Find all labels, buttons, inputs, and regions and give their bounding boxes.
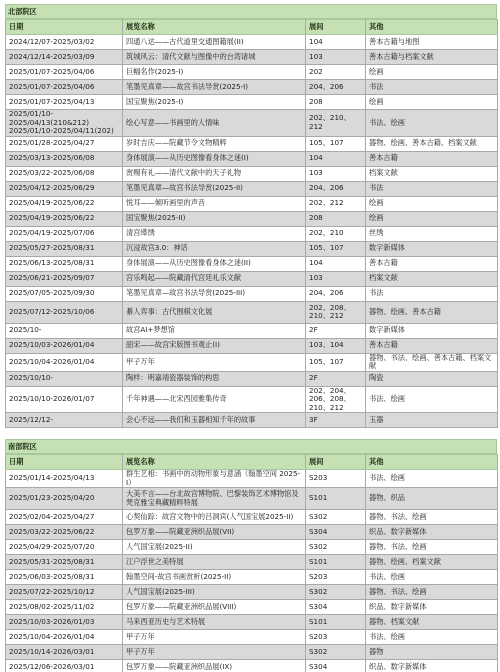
cell-room: 103: [306, 50, 366, 65]
cell-date: 2025/01/28-2025/04/27: [6, 136, 123, 151]
cell-room: S203: [306, 470, 366, 488]
cell-room: 202、210、212: [306, 110, 366, 137]
cell-exhibition-name: 筑城风云：清代文献与图像中的台湾诸城: [123, 50, 306, 65]
cell-date: 2025/03/22-2025/06/22: [6, 525, 123, 540]
cell-room: S302: [306, 645, 366, 660]
cell-date: 2025/10/10-: [6, 371, 123, 386]
cell-date: 2025/12/12-: [6, 413, 123, 428]
cell-exhibition-name: 笔墨见真章——故宫书法导赏(2025-I): [123, 80, 306, 95]
cell-date: 2024/12/14-2025/03/09: [6, 50, 123, 65]
cell-other: 绘画: [366, 95, 498, 110]
table-row: 2025/04/29-2025/07/20人气国宝展(2025-II)S302器…: [6, 540, 498, 555]
cell-other: 绘画: [366, 211, 498, 226]
cell-date: 2025/01/07-2025/04/06: [6, 65, 123, 80]
cell-other: 器物、绘画、档案文献: [366, 555, 498, 570]
cell-room: 202、210: [306, 226, 366, 241]
cell-exhibition-name: 马来西亚历史与艺术特展: [123, 615, 306, 630]
cell-room: 204、206: [306, 181, 366, 196]
cell-date: 2025/04/29-2025/07/20: [6, 540, 123, 555]
cell-exhibition-name: 江户浮世之美特展: [123, 555, 306, 570]
cell-room: 2F: [306, 371, 366, 386]
cell-room: 204、206: [306, 80, 366, 95]
cell-date: 2025/10/14-2026/03/01: [6, 645, 123, 660]
cell-room: 202、204、206、208、210、212: [306, 386, 366, 413]
table-row: 2025/01/10-2025/04/13(210&212)2025/01/10…: [6, 110, 498, 137]
cell-exhibition-name: 沉浸故宫3.0：神话: [123, 241, 306, 256]
cell-room: 105、107: [306, 241, 366, 256]
table-row: 2025/03/22-2025/06/22包罗万象——院藏亚洲织品展(VII)S…: [6, 525, 498, 540]
header-exhibition-name: 展览名称: [123, 455, 306, 470]
table-row: 2025/08/02-2025/11/02包罗万象——院藏亚洲织品展(VIII)…: [6, 600, 498, 615]
north-campus-section: 北部院区 日期 展览名称 展间 其他 2024/12/07-2025/03/02…: [5, 4, 497, 428]
table-row: 2025/01/14-2025/04/13群生艺相：书画中的动物形象与意涵（翰墨…: [6, 470, 498, 488]
cell-exhibition-name: 悦耳——倾听画里的声音: [123, 196, 306, 211]
table-row: 2024/12/07-2025/03/02四通八达——古代道里交通图籍展(II)…: [6, 35, 498, 50]
cell-date: 2025/12/06-2026/03/01: [6, 660, 123, 672]
table-row: 2025/10/14-2026/03/01甲子万年S302器物: [6, 645, 498, 660]
cell-room: S302: [306, 585, 366, 600]
cell-other: 器物、书法、绘画: [366, 510, 498, 525]
table-row: 2025/04/19-2025/07/06清宫缂绣202、210丝绣: [6, 226, 498, 241]
table-row: 2025/10/03-2026/01/04皕宋——故宫宋版图书观止(I)103、…: [6, 338, 498, 353]
cell-room: S302: [306, 510, 366, 525]
cell-room: 202: [306, 65, 366, 80]
section-title-south: 南部院区: [5, 439, 497, 454]
cell-exhibition-name: 甲子万年: [123, 630, 306, 645]
table-row: 2025/04/12-2025/06/29笔墨见真章—故宫书法导赏(2025-I…: [6, 181, 498, 196]
cell-room: 103: [306, 166, 366, 181]
cell-date: 2025/04/19-2025/06/22: [6, 196, 123, 211]
cell-room: 103、104: [306, 338, 366, 353]
cell-room: 105、107: [306, 353, 366, 371]
cell-other: 善本古籍: [366, 256, 498, 271]
table-row: 2025/06/21-2025/09/07宫乐鸣起——院藏清代宫廷礼乐文献103…: [6, 271, 498, 286]
cell-date: 2025/05/27-2025/08/31: [6, 241, 123, 256]
cell-other: 档案文献: [366, 271, 498, 286]
cell-exhibition-name: 群生艺相：书画中的动物形象与意涵（翰墨空间 2025-I）: [123, 470, 306, 488]
table-row: 2025/10/10-2026/01/07千年神遇——北宋西园雅集传奇202、2…: [6, 386, 498, 413]
table-row: 2025/04/19-2025/06/22悦耳——倾听画里的声音202、212绘…: [6, 196, 498, 211]
cell-date: 2025/07/05-2025/09/30: [6, 286, 123, 301]
cell-other: 织品、数字新媒体: [366, 525, 498, 540]
cell-date: 2025/08/02-2025/11/02: [6, 600, 123, 615]
table-row: 2025/07/22-2025/10/12人气国宝展(2025-III)S302…: [6, 585, 498, 600]
cell-other: 善本古籍: [366, 338, 498, 353]
cell-other: 器物、绘画、善本古籍、档案文献: [366, 136, 498, 151]
table-row: 2025/01/07-2025/04/06巨幅名作(2025-I)202绘画: [6, 65, 498, 80]
cell-other: 陶瓷: [366, 371, 498, 386]
cell-room: 2F: [306, 323, 366, 338]
cell-other: 书法、绘画: [366, 470, 498, 488]
cell-date: 2025/10/04-2026/01/04: [6, 630, 123, 645]
cell-exhibition-name: 国宝聚焦(2025-I): [123, 95, 306, 110]
table-header-row: 日期 展览名称 展间 其他: [6, 20, 498, 35]
cell-other: 书法、绘画: [366, 386, 498, 413]
cell-exhibition-name: 翰墨空间-故宫书画赏析(2025-II): [123, 570, 306, 585]
table-row: 2025/10/10-陶样：明嘉靖瓷器装饰的构思2F陶瓷: [6, 371, 498, 386]
cell-exhibition-name: 包罗万象——院藏亚洲织品展(VIII): [123, 600, 306, 615]
cell-other: 器物、书法、绘画: [366, 540, 498, 555]
cell-exhibition-name: 会心不远——我们和玉器相知千年的故事: [123, 413, 306, 428]
cell-date: 2025/06/21-2025/09/07: [6, 271, 123, 286]
cell-room: 104: [306, 35, 366, 50]
cell-exhibition-name: 赏赐有礼——清代文献中的天子礼物: [123, 166, 306, 181]
cell-other: 档案文献: [366, 166, 498, 181]
table-row: 2025/05/27-2025/08/31沉浸故宫3.0：神话105、107数字…: [6, 241, 498, 256]
cell-exhibition-name: 甲子万年: [123, 353, 306, 371]
north-exhibition-table: 日期 展览名称 展间 其他 2024/12/07-2025/03/02四通八达—…: [5, 19, 498, 428]
table-row: 2025/06/13-2025/08/31身体展演——从历史图像看身体之迷(II…: [6, 256, 498, 271]
cell-other: 善本古籍: [366, 151, 498, 166]
cell-room: S304: [306, 660, 366, 672]
cell-date: 2025/01/07-2025/04/13: [6, 95, 123, 110]
cell-date: 2025/06/03-2025/08/31: [6, 570, 123, 585]
header-other: 其他: [366, 20, 498, 35]
cell-room: 103: [306, 271, 366, 286]
table-row: 2025/06/03-2025/08/31翰墨空间-故宫书画赏析(2025-II…: [6, 570, 498, 585]
cell-exhibition-name: 甲子万年: [123, 645, 306, 660]
south-exhibition-table: 日期 展览名称 展间 其他 2025/01/14-2025/04/13群生艺相：…: [5, 454, 498, 672]
header-date: 日期: [6, 455, 123, 470]
cell-exhibition-name: 宫乐鸣起——院藏清代宫廷礼乐文献: [123, 271, 306, 286]
table-row: 2025/12/12-会心不远——我们和玉器相知千年的故事3F玉器: [6, 413, 498, 428]
cell-date: 2025/10/03-2026/01/04: [6, 338, 123, 353]
cell-date: 2025/04/12-2025/06/29: [6, 181, 123, 196]
cell-exhibition-name: 人气国宝展(2025-II): [123, 540, 306, 555]
cell-exhibition-name: 身体展演——从历史图像看身体之迷(I): [123, 151, 306, 166]
cell-exhibition-name: 綦人弈事：古代围棋文化展: [123, 301, 306, 323]
cell-other: 织品、数字新媒体: [366, 660, 498, 672]
cell-date: 2025/01/10-2025/04/13(210&212)2025/01/10…: [6, 110, 123, 137]
table-row: 2025/05/31-2025/08/31江户浮世之美特展S101器物、绘画、档…: [6, 555, 498, 570]
cell-room: S101: [306, 488, 366, 510]
cell-exhibition-name: 笔墨见真章—故宫书法导赏(2025-III): [123, 286, 306, 301]
cell-other: 善本古籍与档案文献: [366, 50, 498, 65]
cell-exhibition-name: 皕宋——故宫宋版图书观止(I): [123, 338, 306, 353]
cell-other: 器物、书法、绘画、善本古籍、档案文献: [366, 353, 498, 371]
cell-exhibition-name: 包罗万象——院藏亚洲织品展(VII): [123, 525, 306, 540]
header-exhibition-name: 展览名称: [123, 20, 306, 35]
cell-date: 2025/07/12-2025/10/06: [6, 301, 123, 323]
cell-date: 2025/04/19-2025/06/22: [6, 211, 123, 226]
cell-other: 玉器: [366, 413, 498, 428]
table-row: 2025/01/07-2025/04/13国宝聚焦(2025-I)208绘画: [6, 95, 498, 110]
table-row: 2025/04/19-2025/06/22国宝聚焦(2025-II)208绘画: [6, 211, 498, 226]
cell-exhibition-name: 岁时吉庆——院藏节令文物精粹: [123, 136, 306, 151]
cell-other: 书法: [366, 80, 498, 95]
cell-room: 104: [306, 256, 366, 271]
table-row: 2025/07/12-2025/10/06綦人弈事：古代围棋文化展202、208…: [6, 301, 498, 323]
cell-date: 2025/03/22-2025/06/08: [6, 166, 123, 181]
table-row: 2025/12/06-2026/03/01包罗万象——院藏亚洲织品展(IX)S3…: [6, 660, 498, 672]
table-row: 2025/02/04-2025/04/27心契仙踪：故宫文物中的吕洞宾(人气国宝…: [6, 510, 498, 525]
table-row: 2025/03/13-2025/06/08身体展演——从历史图像看身体之迷(I)…: [6, 151, 498, 166]
table-row: 2025/10/03-2026/01/03马来西亚历史与艺术特展S101器物、档…: [6, 615, 498, 630]
cell-other: 器物、书法、绘画: [366, 585, 498, 600]
cell-date: 2025/01/07-2025/04/06: [6, 80, 123, 95]
cell-date: 2025/03/13-2025/06/08: [6, 151, 123, 166]
table-row: 2025/10/04-2026/01/04甲子万年105、107器物、书法、绘画…: [6, 353, 498, 371]
cell-exhibition-name: 陶样：明嘉靖瓷器装饰的构思: [123, 371, 306, 386]
cell-other: 书法、绘画: [366, 630, 498, 645]
cell-other: 书法、绘画: [366, 110, 498, 137]
cell-exhibition-name: 身体展演——从历史图像看身体之迷(II): [123, 256, 306, 271]
cell-room: S101: [306, 555, 366, 570]
cell-date: 2025/10/10-2026/01/07: [6, 386, 123, 413]
cell-exhibition-name: 心契仙踪：故宫文物中的吕洞宾(人气国宝展2025-II): [123, 510, 306, 525]
cell-other: 书法: [366, 181, 498, 196]
cell-room: S302: [306, 540, 366, 555]
cell-room: 202、212: [306, 196, 366, 211]
cell-other: 织品、数字新媒体: [366, 600, 498, 615]
cell-date: 2025/10/03-2026/01/03: [6, 615, 123, 630]
cell-other: 书法: [366, 286, 498, 301]
table-row: 2025/10-故宫AI+梦想馆2F数字新媒体: [6, 323, 498, 338]
cell-exhibition-name: 巨幅名作(2025-I): [123, 65, 306, 80]
header-room: 展间: [306, 455, 366, 470]
cell-date: 2025/05/31-2025/08/31: [6, 555, 123, 570]
header-date: 日期: [6, 20, 123, 35]
cell-date: 2024/12/07-2025/03/02: [6, 35, 123, 50]
cell-exhibition-name: 故宫AI+梦想馆: [123, 323, 306, 338]
cell-exhibition-name: 人气国宝展(2025-III): [123, 585, 306, 600]
table-header-row: 日期 展览名称 展间 其他: [6, 455, 498, 470]
cell-other: 器物、绘画、善本古籍: [366, 301, 498, 323]
table-row: 2025/01/23-2025/04/20大美不言——台北故宫博物院、巴黎装饰艺…: [6, 488, 498, 510]
header-other: 其他: [366, 455, 498, 470]
cell-date: 2025/06/13-2025/08/31: [6, 256, 123, 271]
cell-other: 丝绣: [366, 226, 498, 241]
table-row: 2025/10/04-2026/01/04甲子万年S203书法、绘画: [6, 630, 498, 645]
cell-room: S203: [306, 570, 366, 585]
cell-room: S101: [306, 615, 366, 630]
cell-exhibition-name: 笔墨见真章—故宫书法导赏(2025-II): [123, 181, 306, 196]
cell-other: 绘画: [366, 65, 498, 80]
cell-room: 104: [306, 151, 366, 166]
cell-room: 204、206: [306, 286, 366, 301]
cell-exhibition-name: 千年神遇——北宋西园雅集传奇: [123, 386, 306, 413]
cell-room: S203: [306, 630, 366, 645]
cell-other: 书法、绘画: [366, 570, 498, 585]
table-row: 2025/03/22-2025/06/08赏赐有礼——清代文献中的天子礼物103…: [6, 166, 498, 181]
cell-room: S304: [306, 600, 366, 615]
header-room: 展间: [306, 20, 366, 35]
cell-date: 2025/02/04-2025/04/27: [6, 510, 123, 525]
cell-date: 2025/01/14-2025/04/13: [6, 470, 123, 488]
cell-room: 202、208、210、212: [306, 301, 366, 323]
cell-date: 2025/10-: [6, 323, 123, 338]
cell-date: 2025/07/22-2025/10/12: [6, 585, 123, 600]
table-row: 2025/01/07-2025/04/06笔墨见真章——故宫书法导赏(2025-…: [6, 80, 498, 95]
cell-date: 2025/01/23-2025/04/20: [6, 488, 123, 510]
cell-exhibition-name: 大美不言——台北故宫博物院、巴黎装饰艺术博物馆及梵克雅宝典藏精粹特展: [123, 488, 306, 510]
cell-other: 器物、织品: [366, 488, 498, 510]
cell-exhibition-name: 四通八达——古代道里交通图籍展(II): [123, 35, 306, 50]
cell-exhibition-name: 包罗万象——院藏亚洲织品展(IX): [123, 660, 306, 672]
cell-room: 208: [306, 95, 366, 110]
cell-exhibition-name: 国宝聚焦(2025-II): [123, 211, 306, 226]
table-row: 2024/12/14-2025/03/09筑城风云：清代文献与图像中的台湾诸城1…: [6, 50, 498, 65]
cell-date: 2025/04/19-2025/07/06: [6, 226, 123, 241]
section-title-north: 北部院区: [5, 4, 497, 19]
cell-other: 器物、档案文献: [366, 615, 498, 630]
south-campus-section: 南部院区 日期 展览名称 展间 其他 2025/01/14-2025/04/13…: [5, 439, 497, 672]
cell-date: 2025/10/04-2026/01/04: [6, 353, 123, 371]
cell-room: S304: [306, 525, 366, 540]
cell-exhibition-name: 绘心写意——书画里的人情味: [123, 110, 306, 137]
cell-room: 105、107: [306, 136, 366, 151]
table-row: 2025/01/28-2025/04/27岁时吉庆——院藏节令文物精粹105、1…: [6, 136, 498, 151]
cell-room: 208: [306, 211, 366, 226]
cell-other: 数字新媒体: [366, 241, 498, 256]
cell-other: 绘画: [366, 196, 498, 211]
table-row: 2025/07/05-2025/09/30笔墨见真章—故宫书法导赏(2025-I…: [6, 286, 498, 301]
cell-other: 数字新媒体: [366, 323, 498, 338]
cell-exhibition-name: 清宫缂绣: [123, 226, 306, 241]
cell-other: 器物: [366, 645, 498, 660]
cell-other: 善本古籍与地图: [366, 35, 498, 50]
cell-room: 3F: [306, 413, 366, 428]
